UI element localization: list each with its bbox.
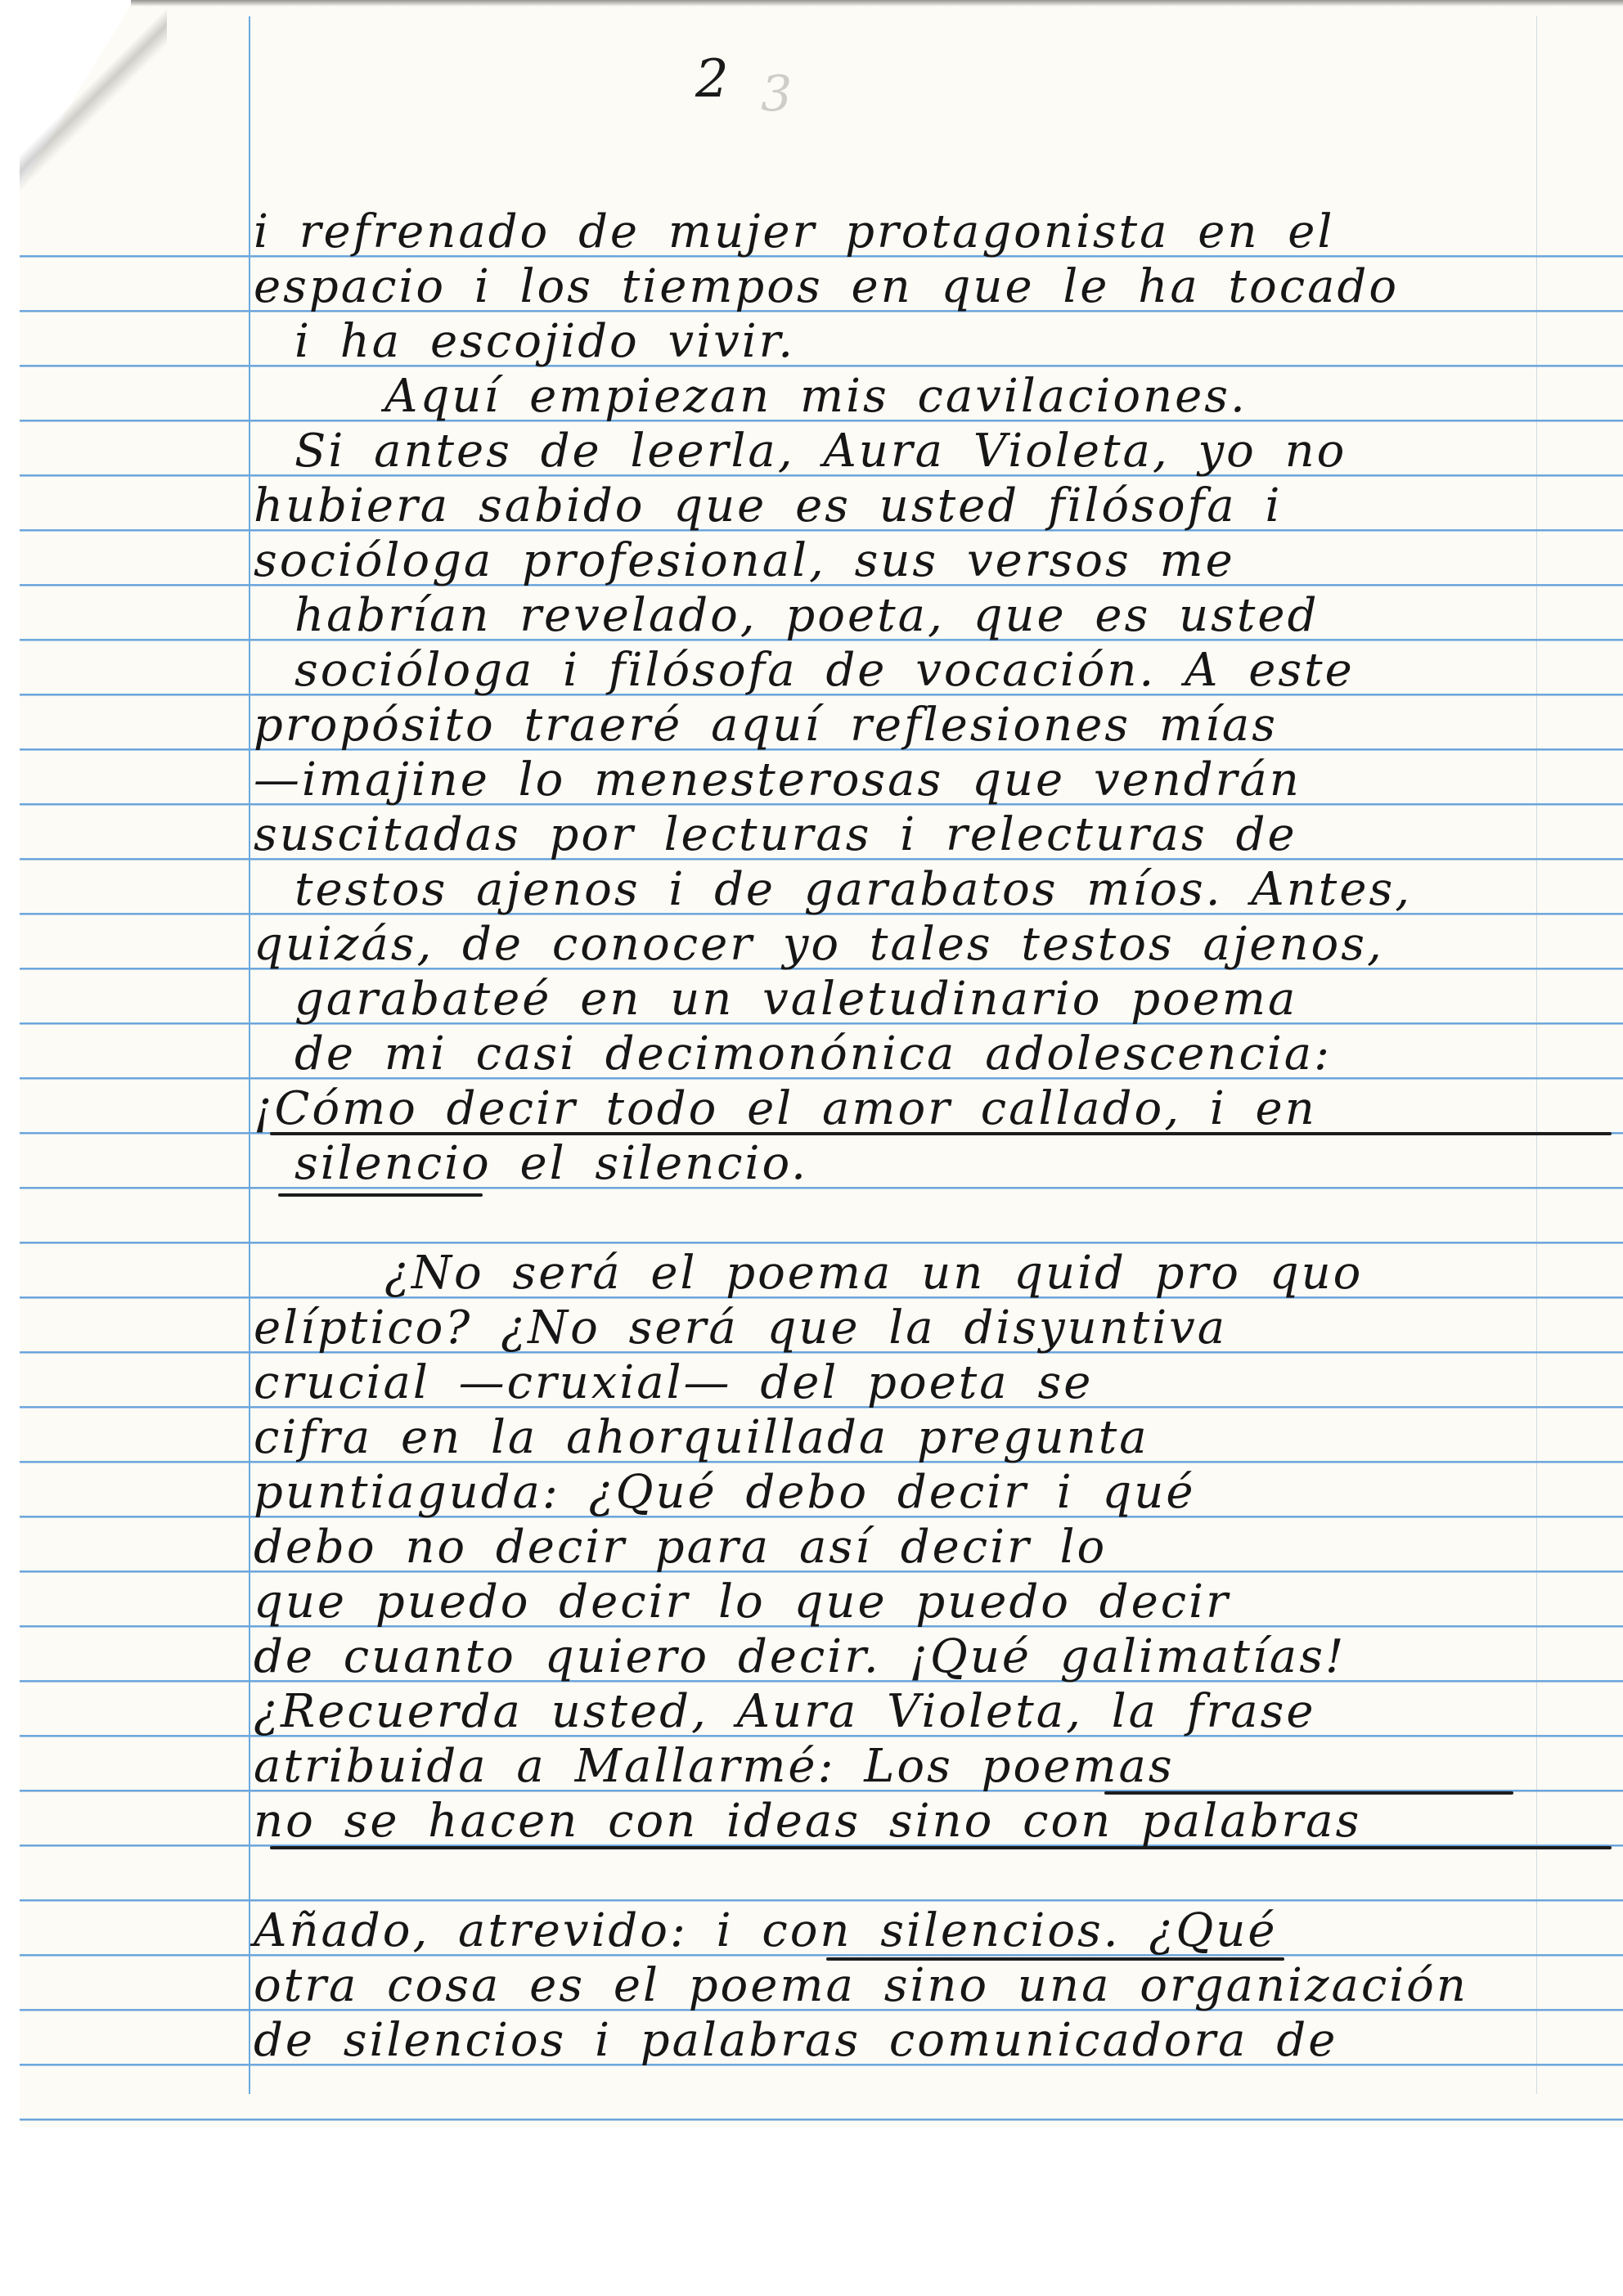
handwritten-text: i refrenado de mujer protagonista en el … [254, 204, 1623, 2068]
page-number-bleedthrough: 3 [761, 65, 792, 123]
quoted-phrase: atribuida a Mallarmé: Los poemas [254, 1740, 1175, 1793]
text-line-underlined: no se hacen con ideas sino con palabras [254, 1794, 1623, 1849]
quoted-verse: ¡Cómo decir todo el amor callado, i en [254, 1082, 1317, 1135]
text-line: otra cosa es el poema sino una organizac… [254, 1958, 1623, 2013]
text-line: elíptico? ¿No será que la disyuntiva [254, 1301, 1623, 1355]
text-line: de cuanto quiero decir. ¡Qué galimatías! [254, 1629, 1623, 1684]
text-line: debo no decir para así decir lo [254, 1520, 1623, 1575]
text-span: Añado, atrevido: i con silencios. ¿Qué [254, 1904, 1278, 1957]
text-line: crucial —cruxial— del poeta se [254, 1355, 1623, 1410]
text-line: quizás, de conocer yo tales testos ajeno… [254, 917, 1623, 972]
text-line: de silencios i palabras comunicadora de [254, 2013, 1623, 2068]
blank-line [254, 1191, 1623, 1246]
blank-line [254, 1849, 1623, 1903]
text-line: garabateé en un valetudinario poema [254, 972, 1623, 1027]
text-line: hubiera sabido que es usted filósofa i [254, 479, 1623, 533]
page-bottom-blank [0, 2127, 1623, 2296]
text-line: ¿No será el poema un quid pro quo [254, 1246, 1623, 1301]
left-margin-line [249, 16, 250, 2094]
text-line-underlined: ¡Cómo decir todo el amor callado, i en [254, 1081, 1623, 1136]
text-line-underlined: silencio el silencio. [254, 1136, 1623, 1191]
text-line: ¿Recuerda usted, Aura Violeta, la frase [254, 1684, 1623, 1739]
text-line: que puedo decir lo que puedo decir [254, 1575, 1623, 1629]
text-line: puntiaguda: ¿Qué debo decir i qué [254, 1465, 1623, 1520]
text-line: de mi casi decimonónica adolescencia: [254, 1027, 1623, 1081]
text-line: cifra en la ahorquillada pregunta [254, 1410, 1623, 1465]
text-line: socióloga profesional, sus versos me [254, 533, 1623, 588]
text-line: testos ajenos i de garabatos míos. Antes… [254, 862, 1623, 917]
text-line: propósito traeré aquí reflesiones mías [254, 698, 1623, 753]
page-top-edge [131, 0, 1623, 7]
quoted-verse: silencio el silencio. [294, 1137, 808, 1190]
text-line: Si antes de leerla, Aura Violeta, yo no [254, 424, 1623, 479]
text-line-underlined: atribuida a Mallarmé: Los poemas [254, 1739, 1623, 1794]
text-line: habrían revelado, poeta, que es usted [254, 588, 1623, 643]
quoted-phrase: no se hacen con ideas sino con palabras [254, 1795, 1361, 1848]
page-number: 2 [695, 49, 729, 110]
text-line: espacio i los tiempos en que le ha tocad… [254, 259, 1623, 314]
text-line: i ha escojido vivir. [254, 314, 1623, 369]
text-line-underlined: Añado, atrevido: i con silencios. ¿Qué [254, 1903, 1623, 1958]
underline-stroke [270, 1132, 1612, 1135]
text-line: Aquí empiezan mis cavilaciones. [254, 369, 1623, 424]
text-line: i refrenado de mujer protagonista en el [254, 204, 1623, 259]
text-line: —imajine lo menesterosas que vendrán [254, 753, 1623, 807]
text-line: suscitadas por lecturas i relecturas de [254, 807, 1623, 862]
text-line: socióloga i filósofa de vocación. A este [254, 643, 1623, 698]
